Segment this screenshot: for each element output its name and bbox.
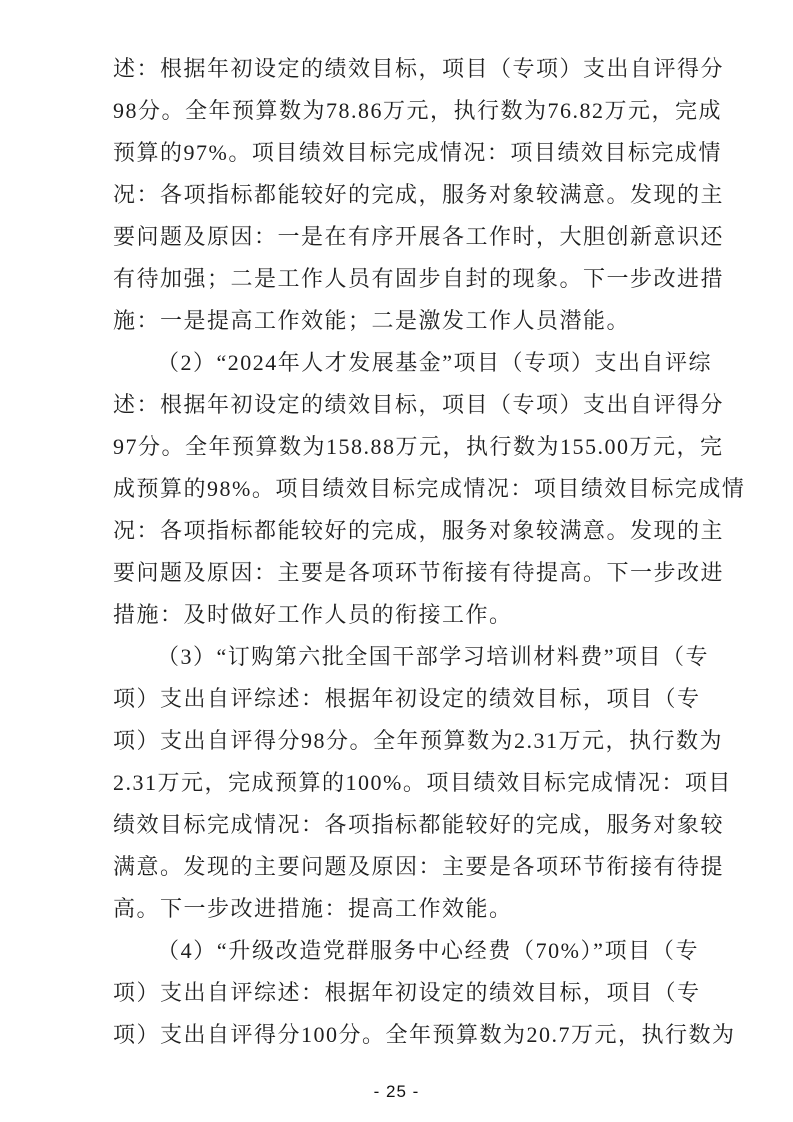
- text-line: 述：根据年初设定的绩效目标，项目（专项）支出自评得分: [113, 384, 699, 426]
- text-line: 项）支出自评综述：根据年初设定的绩效目标，项目（专: [113, 678, 699, 720]
- text-line: 施：一是提高工作效能；二是激发工作人员潜能。: [113, 300, 699, 342]
- text-line: 2.31万元，完成预算的100%。项目绩效目标完成情况：项目: [113, 762, 699, 804]
- text-line: 措施：及时做好工作人员的衔接工作。: [113, 594, 699, 636]
- text-line: 满意。发现的主要问题及原因：主要是各项环节衔接有待提: [113, 846, 699, 888]
- text-line: 项）支出自评综述：根据年初设定的绩效目标，项目（专: [113, 972, 699, 1014]
- text-line: 要问题及原因：主要是各项环节衔接有待提高。下一步改进: [113, 552, 699, 594]
- text-line-paragraph-start: （2）“2024年人才发展基金”项目（专项）支出自评综: [113, 342, 699, 384]
- text-line: 况：各项指标都能较好的完成，服务对象较满意。发现的主: [113, 174, 699, 216]
- text-line: 98分。全年预算数为78.86万元，执行数为76.82万元，完成: [113, 90, 699, 132]
- text-line: 预算的97%。项目绩效目标完成情况：项目绩效目标完成情: [113, 132, 699, 174]
- text-line-paragraph-start: （4）“升级改造党群服务中心经费（70%）”项目（专: [113, 930, 699, 972]
- text-line: 高。下一步改进措施：提高工作效能。: [113, 888, 699, 930]
- text-line: 要问题及原因：一是在有序开展各工作时，大胆创新意识还: [113, 216, 699, 258]
- text-line: 有待加强；二是工作人员有固步自封的现象。下一步改进措: [113, 258, 699, 300]
- body-text: 述：根据年初设定的绩效目标，项目（专项）支出自评得分 98分。全年预算数为78.…: [113, 48, 699, 1056]
- text-line: 97分。全年预算数为158.88万元，执行数为155.00万元，完: [113, 426, 699, 468]
- text-line-paragraph-start: （3）“订购第六批全国干部学习培训材料费”项目（专: [113, 636, 699, 678]
- text-line: 况：各项指标都能较好的完成，服务对象较满意。发现的主: [113, 510, 699, 552]
- page-number: - 25 -: [0, 1082, 793, 1102]
- text-line: 述：根据年初设定的绩效目标，项目（专项）支出自评得分: [113, 48, 699, 90]
- text-line: 绩效目标完成情况：各项指标都能较好的完成，服务对象较: [113, 804, 699, 846]
- document-page: 述：根据年初设定的绩效目标，项目（专项）支出自评得分 98分。全年预算数为78.…: [0, 0, 793, 1122]
- text-line: 项）支出自评得分98分。全年预算数为2.31万元，执行数为: [113, 720, 699, 762]
- text-line: 成预算的98%。项目绩效目标完成情况：项目绩效目标完成情: [113, 468, 699, 510]
- text-line: 项）支出自评得分100分。全年预算数为20.7万元，执行数为: [113, 1014, 699, 1056]
